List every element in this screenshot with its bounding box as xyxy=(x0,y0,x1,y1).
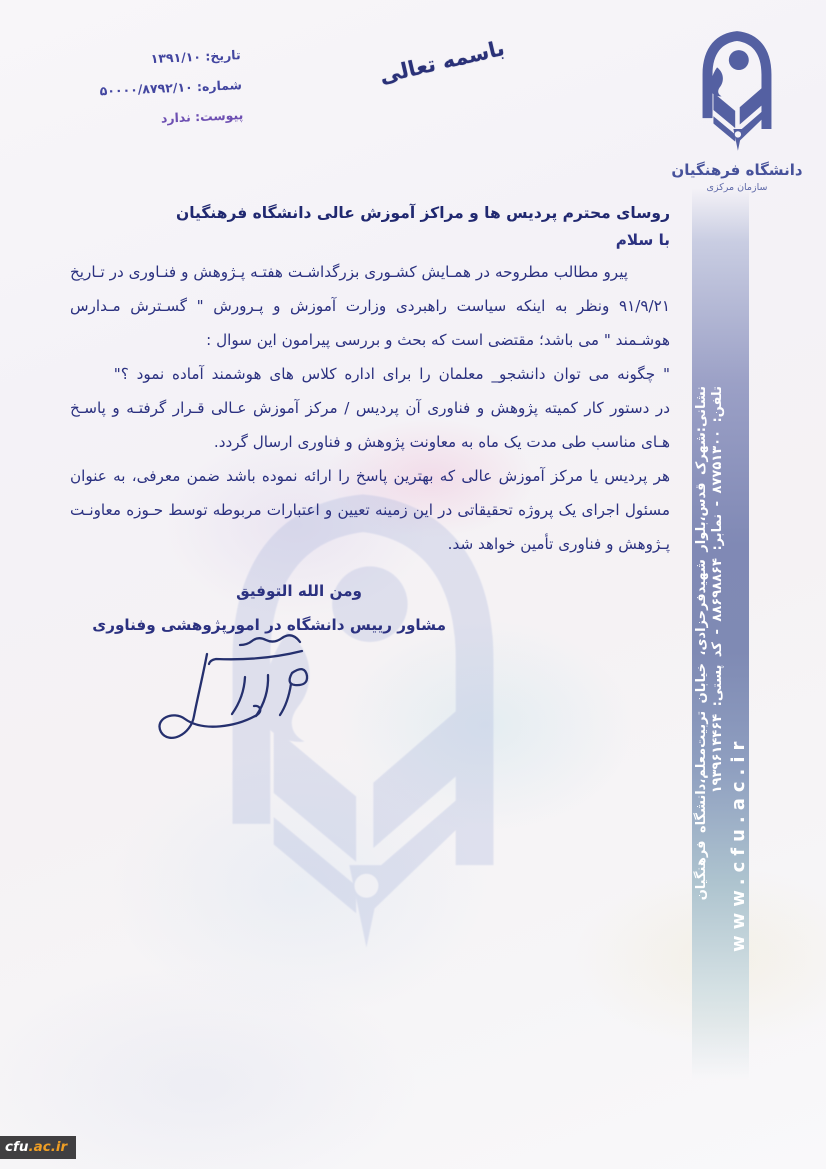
university-emblem-icon xyxy=(681,22,793,158)
badge-site-suffix: .ac.ir xyxy=(29,1139,68,1155)
address-line: نشانی:شهرک قدس،بلوار شهیدفرحزادی، خیابان… xyxy=(694,386,710,952)
letter-body: روسای محترم پردیس ها و مراکز آموزش عالی … xyxy=(70,204,670,642)
signature-icon xyxy=(150,626,395,768)
reference-fields: تاریخ: ۱۳۹۱/۱۰ شماره: ۵۰۰۰۰/۸۷۹۲/۱۰ پیوس… xyxy=(62,40,244,138)
contact-line: تلفن: ۸۷۷۵۱۳۰۰ - نمابر: ۸۸۶۹۸۸۶۴ - کد پس… xyxy=(710,386,726,952)
badge-site-prefix: cfu xyxy=(5,1139,29,1155)
body-paragraph-1: پیرو مطالب مطروحه در همـایش کشـوری بزرگد… xyxy=(70,255,670,357)
website-line: www.cfu.ac.ir xyxy=(728,386,750,952)
body-paragraph-3: هر پردیس یا مرکز آموزش عالی که بهترین پا… xyxy=(70,459,670,561)
scanned-letter-page: تاریخ: ۱۳۹۱/۱۰ شماره: ۵۰۰۰۰/۸۷۹۲/۱۰ پیوس… xyxy=(0,0,826,1169)
university-name: دانشگاه فرهنگیان xyxy=(670,161,804,179)
bismillah-calligraphy: باسمه تعالی xyxy=(352,30,533,94)
recipient-line: روسای محترم پردیس ها و مراکز آموزش عالی … xyxy=(70,204,670,222)
salutation: با سلام xyxy=(70,231,670,249)
closing-phrase: ومن الله التوفیق xyxy=(70,574,670,608)
university-logo: دانشگاه فرهنگیان سازمان مرکزی xyxy=(670,22,804,193)
address-band-text: نشانی:شهرک قدس،بلوار شهیدفرحزادی، خیابان… xyxy=(694,386,750,952)
body-paragraph-2: در دستور کار کمیته پژوهش و فناوری آن پرد… xyxy=(70,391,670,459)
attachment-field: پیوست: ندارد xyxy=(65,100,244,138)
question-line: " چگونه می توان دانشجو_ معلمان را برای ا… xyxy=(70,357,670,391)
footer-badge: cfu.ac.ir xyxy=(0,1136,76,1159)
